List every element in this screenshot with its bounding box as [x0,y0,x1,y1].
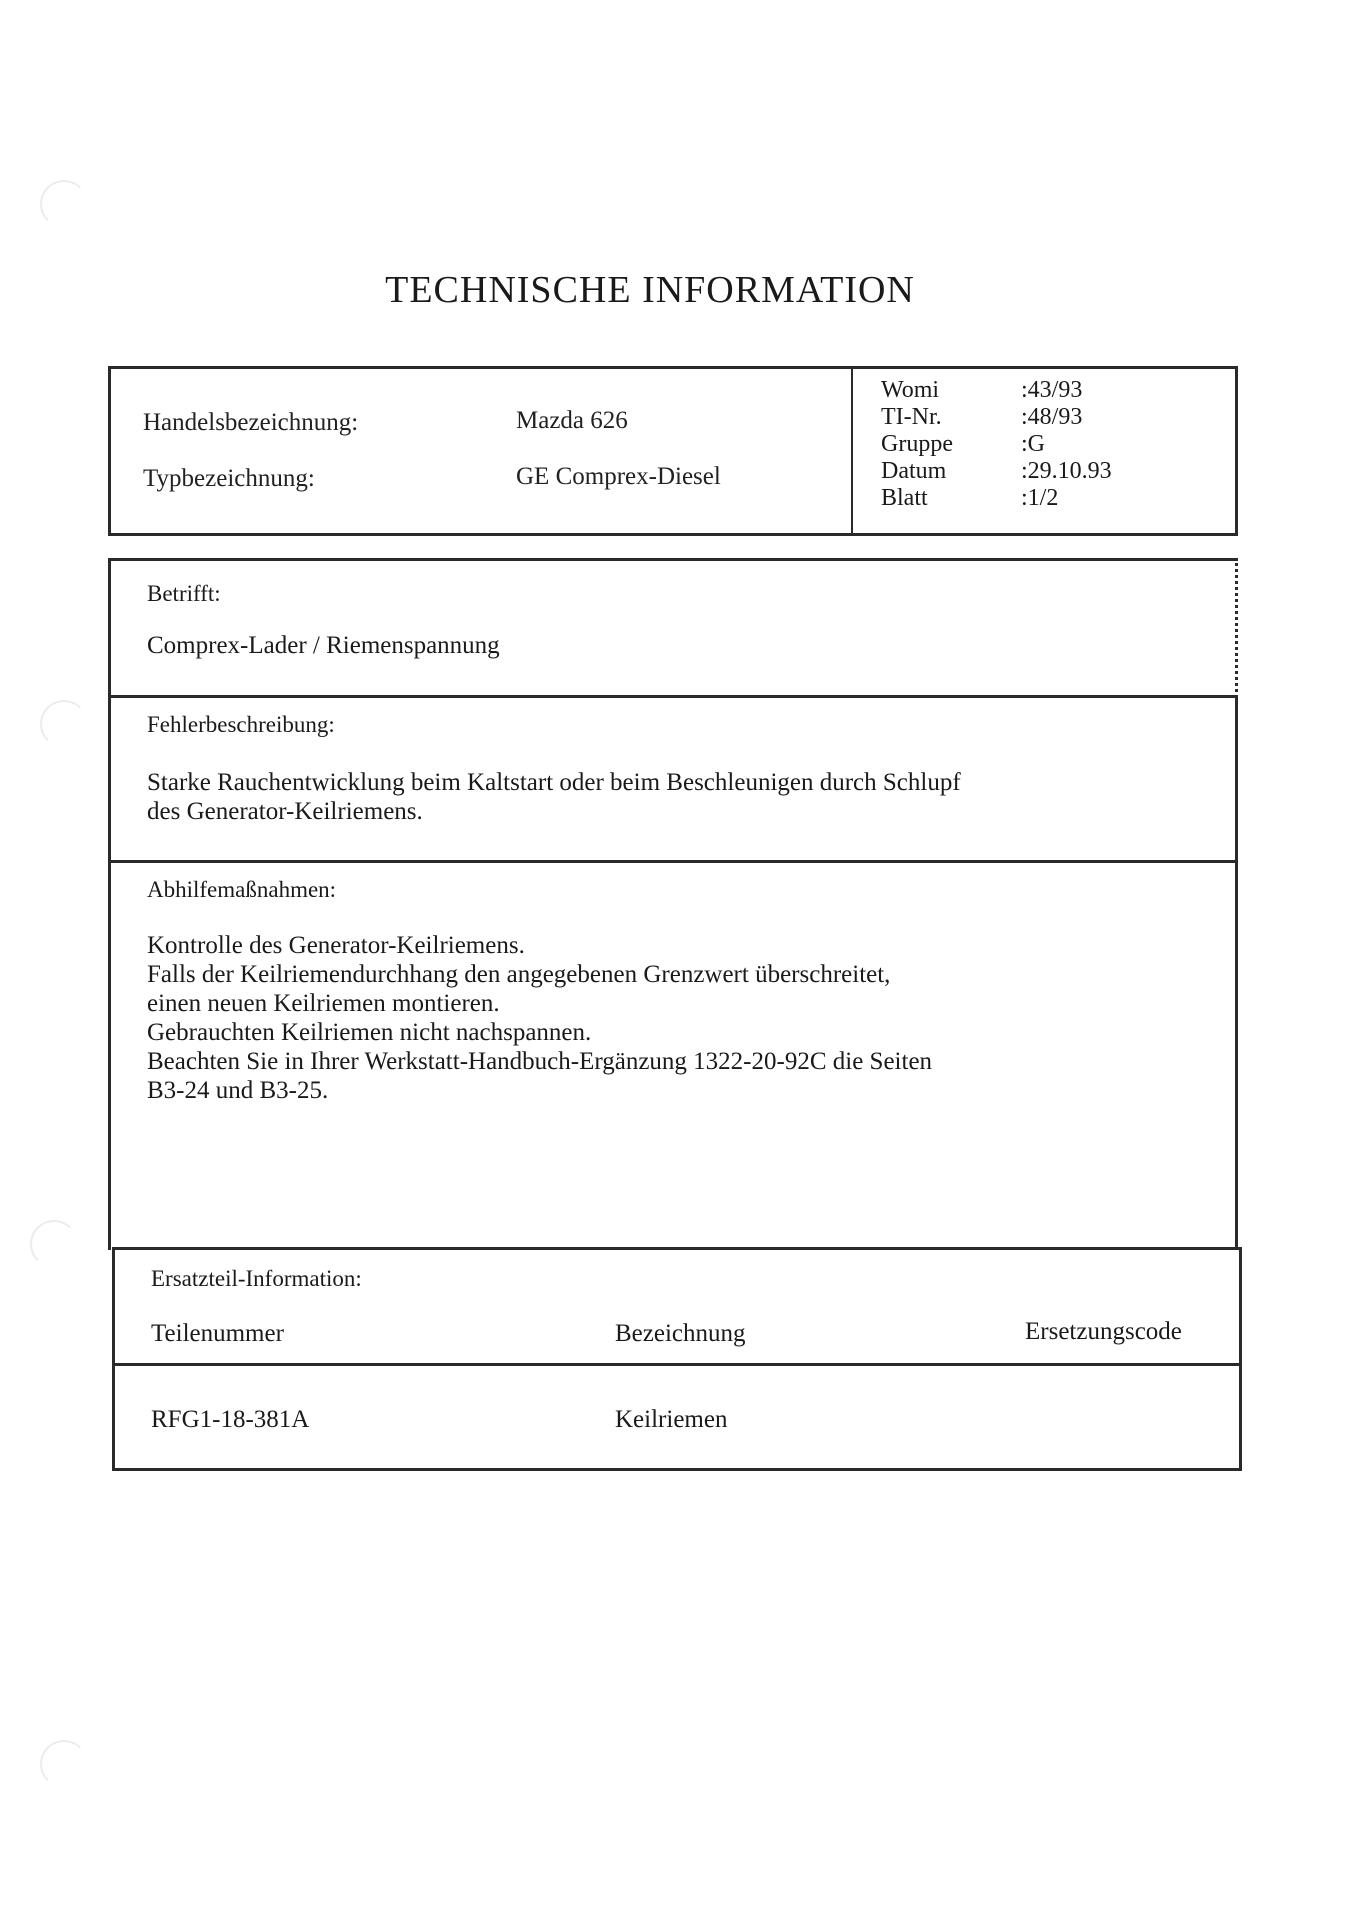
meta-row-womi: Womi:43/93 [881,377,1112,404]
trade-name-label: Handelsbezeichnung: [143,409,358,437]
spare-parts-title: Ersatzteil-Information: [151,1266,362,1292]
remedy-section: Abhilfemaßnahmen: Kontrolle des Generato… [108,860,1238,1250]
column-header-part-number: Teilenummer [151,1320,284,1348]
meta-row-gruppe: Gruppe:G [881,431,1112,458]
header-box: Handelsbezeichnung: Mazda 626 Typbezeich… [108,366,1238,536]
spare-parts-section: Ersatzteil-Information: Teilenummer Beze… [112,1247,1242,1471]
trade-name-value: Mazda 626 [516,407,628,435]
subject-section: Betrifft: Comprex-Lader / Riemenspannung [108,558,1238,698]
part-description-cell: Keilriemen [615,1406,727,1434]
meta-row-datum: Datum:29.10.93 [881,458,1112,485]
document-title: TECHNISCHE INFORMATION [0,268,1300,312]
parts-header-divider [115,1363,1239,1366]
fault-description-title: Fehlerbeschreibung: [147,712,335,738]
part-number-cell: RFG1-18-381A [151,1406,309,1434]
column-header-replacement-code: Ersetzungscode [1025,1318,1182,1346]
meta-row-blatt: Blatt:1/2 [881,485,1112,512]
subject-title: Betrifft: [147,581,221,607]
remedy-text: Kontrolle des Generator-Keilriemens. Fal… [147,931,932,1105]
fault-description-section: Fehlerbeschreibung: Starke Rauchentwickl… [108,695,1238,863]
punch-hole-mark [40,1740,88,1788]
column-header-description: Bezeichnung [615,1320,746,1348]
punch-hole-mark [40,700,88,748]
punch-hole-mark [30,1220,78,1268]
type-name-label: Typbezeichnung: [143,465,315,493]
remedy-title: Abhilfemaßnahmen: [147,877,336,903]
punch-hole-mark [40,180,88,228]
type-name-value: GE Comprex-Diesel [516,463,721,491]
meta-row-ti-nr: TI-Nr.:48/93 [881,404,1112,431]
meta-block: Womi:43/93 TI-Nr.:48/93 Gruppe:G Datum:2… [881,377,1112,512]
fault-description-text: Starke Rauchentwicklung beim Kaltstart o… [147,768,961,826]
header-divider [851,369,853,533]
subject-text: Comprex-Lader / Riemenspannung [147,631,500,660]
